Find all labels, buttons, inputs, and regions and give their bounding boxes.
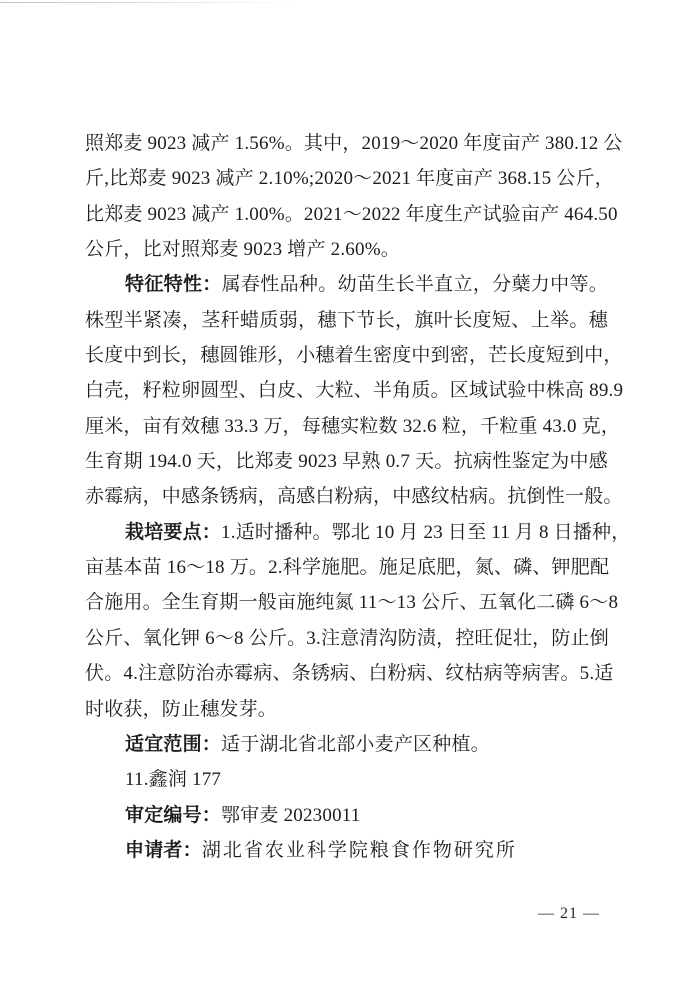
text-line: 厘米，亩有效穗 33.3 万，每穗实粒数 32.6 粒，千粒重 43.0 克，: [85, 409, 608, 444]
text-line: 适宜范围：适于湖北省北部小麦产区种植。: [85, 727, 608, 762]
line-text: 属春性品种。幼苗生长半直立，分蘖力中等。: [222, 274, 608, 295]
text-line: 比郑麦 9023 减产 1.00%。2021～2022 年度生产试验亩产 464…: [85, 197, 608, 232]
text-line: 伏。4.注意防治赤霉病、条锈病、白粉病、纹枯病等病害。5.适: [85, 656, 608, 691]
page-number: — 21 —: [0, 903, 600, 925]
section-heading: 审定编号：: [125, 805, 221, 826]
text-line: 长度中到长，穗圆锥形，小穗着生密度中到密，芒长度短到中，: [85, 338, 608, 373]
line-text: 湖北省农业科学院粮食作物研究所: [202, 840, 517, 861]
line-text: 公斤，比对照郑麦 9023 增产 2.60%。: [85, 239, 400, 260]
text-line: 亩基本苗 16～18 万。2.科学施肥。施足底肥，氮、磷、钾肥配: [85, 550, 608, 585]
line-text: 厘米，亩有效穗 33.3 万，每穗实粒数 32.6 粒，千粒重 43.0 克，: [85, 416, 620, 437]
text-line: 株型半紧凑，茎秆蜡质弱，穗下节长，旗叶长度短、上举。穗: [85, 303, 608, 338]
text-line: 栽培要点：1.适时播种。鄂北 10 月 23 日至 11 月 8 日播种，: [85, 515, 608, 550]
line-text: 白壳，籽粒卵圆型、白皮、大粒、半角质。区域试验中株高 89.9: [85, 380, 623, 401]
line-text: 11.鑫润 177: [125, 769, 221, 790]
text-line: 照郑麦 9023 减产 1.56%。其中，2019～2020 年度亩产 380.…: [85, 126, 608, 161]
line-text: 时收获，防止穗发芽。: [85, 699, 277, 720]
line-text: 株型半紧凑，茎秆蜡质弱，穗下节长，旗叶长度短、上举。穗: [85, 310, 608, 331]
line-text: 照郑麦 9023 减产 1.56%。其中，2019～2020 年度亩产 380.…: [85, 133, 623, 154]
text-line: 生育期 194.0 天，比郑麦 9023 早熟 0.7 天。抗病性鉴定为中感: [85, 444, 608, 479]
text-line: 斤,比郑麦 9023 减产 2.10%;2020～2021 年度亩产 368.1…: [85, 161, 608, 196]
line-text: 长度中到长，穗圆锥形，小穗着生密度中到密，芒长度短到中，: [85, 345, 623, 366]
text-line: 公斤，比对照郑麦 9023 增产 2.60%。: [85, 232, 608, 267]
text-line: 审定编号：鄂审麦 20230011: [85, 798, 608, 833]
document-body: 照郑麦 9023 减产 1.56%。其中，2019～2020 年度亩产 380.…: [85, 126, 608, 868]
line-text: 鄂审麦 20230011: [221, 805, 360, 826]
line-text: 亩基本苗 16～18 万。2.科学施肥。施足底肥，氮、磷、钾肥配: [85, 557, 609, 578]
text-line: 特征特性：属春性品种。幼苗生长半直立，分蘖力中等。: [85, 267, 608, 302]
text-line: 白壳，籽粒卵圆型、白皮、大粒、半角质。区域试验中株高 89.9: [85, 373, 608, 408]
scan-artifact-line: [0, 2, 300, 3]
section-heading: 申请者：: [125, 840, 202, 861]
line-text: 公斤、氧化钾 6～8 公斤。3.注意清沟防渍，控旺促壮，防止倒: [85, 628, 609, 649]
line-text: 赤霉病，中感条锈病，高感白粉病，中感纹枯病。抗倒性一般。: [85, 486, 623, 507]
text-line: 合施用。全生育期一般亩施纯氮 11～13 公斤、五氧化二磷 6～8: [85, 585, 608, 620]
text-line: 申请者：湖北省农业科学院粮食作物研究所: [85, 833, 608, 868]
text-line: 11.鑫润 177: [85, 762, 608, 797]
text-line: 公斤、氧化钾 6～8 公斤。3.注意清沟防渍，控旺促壮，防止倒: [85, 621, 608, 656]
section-heading: 适宜范围：: [125, 734, 221, 755]
text-line: 时收获，防止穗发芽。: [85, 692, 608, 727]
line-text: 1.适时播种。鄂北 10 月 23 日至 11 月 8 日播种，: [221, 522, 630, 543]
section-heading: 特征特性：: [125, 274, 222, 295]
line-text: 生育期 194.0 天，比郑麦 9023 早熟 0.7 天。抗病性鉴定为中感: [85, 451, 608, 472]
text-line: 赤霉病，中感条锈病，高感白粉病，中感纹枯病。抗倒性一般。: [85, 479, 608, 514]
line-text: 斤,比郑麦 9023 减产 2.10%;2020～2021 年度亩产 368.1…: [85, 168, 614, 189]
line-text: 伏。4.注意防治赤霉病、条锈病、白粉病、纹枯病等病害。5.适: [85, 663, 614, 684]
line-text: 合施用。全生育期一般亩施纯氮 11～13 公斤、五氧化二磷 6～8: [85, 592, 618, 613]
line-text: 适于湖北省北部小麦产区种植。: [221, 734, 490, 755]
line-text: 比郑麦 9023 减产 1.00%。2021～2022 年度生产试验亩产 464…: [85, 204, 618, 225]
section-heading: 栽培要点：: [125, 522, 221, 543]
